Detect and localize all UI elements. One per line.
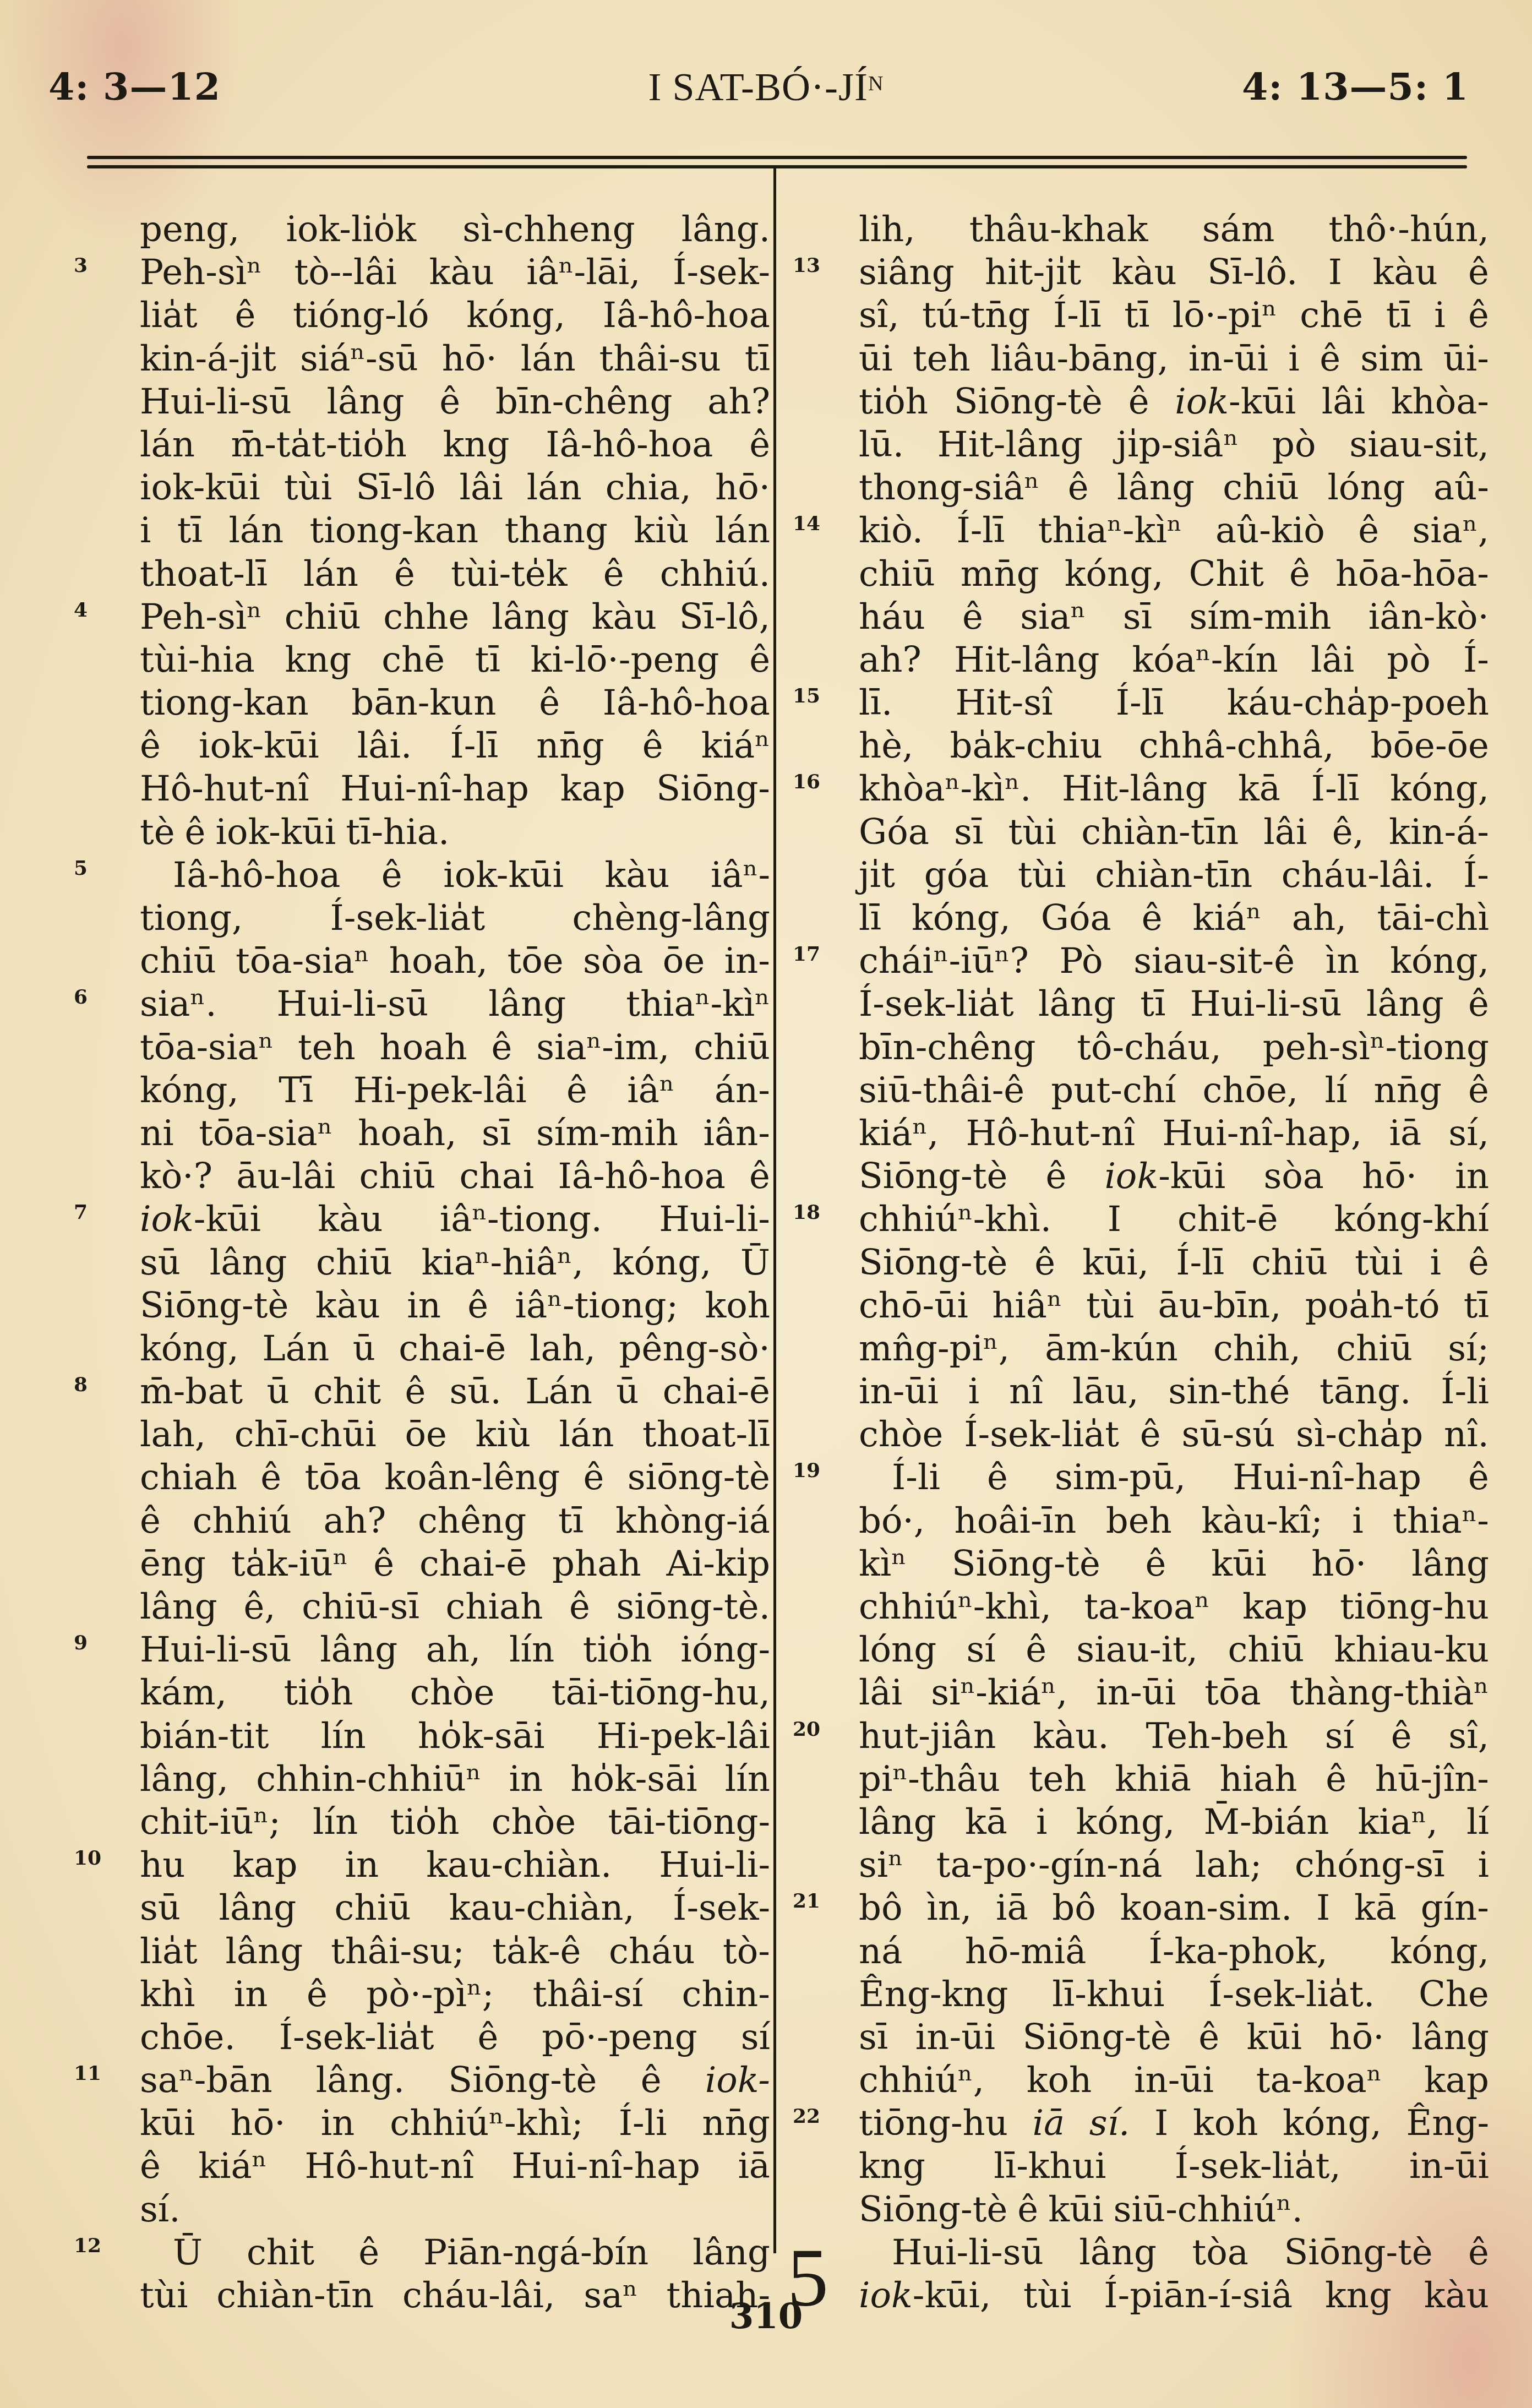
text-line: 3Peh-sìⁿtò--lâikàuiâⁿ-lāi,Í-sek- bbox=[140, 251, 770, 294]
text-line: chhiúⁿ-khì,ta-koaⁿkaptiōng-hu bbox=[859, 1586, 1489, 1628]
word: tè bbox=[140, 811, 175, 854]
word: kàu bbox=[318, 1198, 383, 1241]
header-rule-top bbox=[87, 156, 1467, 159]
word: káu-cha̍p-poeh bbox=[1227, 682, 1489, 724]
word: mn̄g bbox=[961, 553, 1039, 596]
word: phah bbox=[552, 1543, 641, 1586]
word: tiong, bbox=[140, 897, 243, 940]
text-line: sūlângchiūkau-chiàn,Í-sek- bbox=[140, 1887, 770, 1930]
word: chai-ē bbox=[663, 1370, 770, 1413]
word: Teh-beh bbox=[1146, 1715, 1288, 1758]
word: siaⁿ-im, bbox=[536, 1026, 669, 1069]
word: Í-sek-lia̍t, bbox=[1175, 2145, 1341, 2188]
word: hu bbox=[140, 1844, 185, 1887]
text-line: peng,iok-lio̍ksì-chhenglâng. bbox=[140, 208, 770, 251]
word: sí. bbox=[140, 2188, 181, 2231]
word: lâng bbox=[1038, 983, 1116, 1026]
word: Siōng- bbox=[656, 767, 770, 810]
word: chai-ē bbox=[419, 1543, 527, 1586]
word: chiū-sī bbox=[302, 1586, 419, 1628]
word: Góa bbox=[859, 811, 929, 854]
word: tōa bbox=[305, 1456, 361, 1499]
word: Iâ-hô-hoa bbox=[558, 1155, 726, 1198]
text-line: lia̍tlângthâi-su;ta̍k-êcháutò- bbox=[140, 1930, 770, 1973]
word: Siōng-tè bbox=[859, 2188, 1007, 2231]
word: kàu-kî; bbox=[1201, 1500, 1323, 1543]
word: Hô-hut-nî bbox=[966, 1112, 1135, 1155]
word: i bbox=[1352, 1500, 1363, 1543]
word: ê bbox=[641, 2059, 662, 2102]
text-line: chòeÍ-sek-lia̍têsū-súsì-cha̍pnî. bbox=[859, 1413, 1489, 1456]
word: tùi bbox=[1086, 1284, 1134, 1327]
word: thiaⁿ- bbox=[1393, 1500, 1489, 1543]
word: tī bbox=[558, 1500, 584, 1543]
word: Í-lī bbox=[1311, 767, 1360, 810]
word: I bbox=[1316, 1887, 1330, 1930]
word: Í-lī bbox=[450, 724, 498, 767]
word: siⁿ bbox=[859, 1844, 903, 1887]
text-line: Góasītùichiàn-tīnlâiê,kin-á- bbox=[859, 811, 1489, 854]
word: chiàn-tīn bbox=[1081, 811, 1239, 854]
word: lâng bbox=[210, 1241, 287, 1284]
text-line: 4Peh-sìⁿchiūchhelângkàuSī-lô, bbox=[140, 596, 770, 639]
word: ê bbox=[439, 380, 460, 423]
word: ê bbox=[1320, 337, 1340, 380]
word: tī bbox=[1464, 1284, 1489, 1327]
text-line: khìinêpò·-pìⁿ;thâi-síchin- bbox=[140, 1973, 770, 2016]
word: koan-sim. bbox=[1120, 1887, 1293, 1930]
word: lī bbox=[859, 897, 881, 940]
page-number: 310 bbox=[0, 2296, 1532, 2337]
word: thoat-lī bbox=[140, 553, 268, 596]
word: ōe bbox=[663, 940, 705, 983]
word: khòaⁿ-kìⁿ. bbox=[859, 767, 1031, 810]
text-line: thoat-līlánêtùi-te̍kêchhiú. bbox=[140, 553, 770, 596]
text-line: kò·?āu-lâichiūchaiIâ-hô-hoaê bbox=[140, 1155, 770, 1198]
word: sî, bbox=[1448, 1715, 1489, 1758]
word: hiâⁿ bbox=[992, 1284, 1062, 1327]
word: i bbox=[1288, 337, 1299, 380]
word: tio̍h bbox=[583, 1628, 652, 1671]
text-line: 6siaⁿ.Hui-li-sūlângthiaⁿ-kìⁿ bbox=[140, 983, 770, 1026]
word: ta̍k-iūⁿ bbox=[231, 1543, 348, 1586]
word: kiò. bbox=[859, 509, 923, 552]
word: tùi-te̍k bbox=[451, 553, 567, 596]
word: lâng bbox=[492, 596, 569, 639]
text-line: chōe.Í-sek-lia̍têpō·-pengsí bbox=[140, 2016, 770, 2059]
word: koh bbox=[1193, 2102, 1258, 2145]
word: chiah bbox=[140, 1456, 237, 1499]
word: Í-sek-lia̍t bbox=[279, 2016, 434, 2059]
word: lán bbox=[521, 337, 576, 380]
word: ho̍k-sāi bbox=[418, 1715, 545, 1758]
word: tāi-tiōng-hu, bbox=[552, 1671, 770, 1714]
word: kóng, bbox=[1390, 767, 1489, 810]
word: kìⁿ bbox=[859, 1543, 907, 1586]
word: ê bbox=[1468, 2231, 1489, 2274]
word: peh-sìⁿ-tiong bbox=[1263, 1026, 1489, 1069]
word: ìn bbox=[1326, 940, 1360, 983]
word: tùi bbox=[1018, 854, 1066, 897]
word: ê bbox=[373, 1543, 394, 1586]
word: Í- bbox=[1463, 854, 1489, 897]
word: iok-kūi bbox=[140, 1198, 261, 1241]
word: Í-lī bbox=[1176, 1241, 1224, 1284]
word: Hui-li-sū bbox=[277, 983, 429, 1026]
word: lóng bbox=[1327, 466, 1405, 509]
word: ah? bbox=[324, 1500, 386, 1543]
word: thiaⁿ-kìⁿ bbox=[626, 983, 770, 1026]
word: Í-sek-lia̍t bbox=[964, 1413, 1119, 1456]
word: ê bbox=[1068, 466, 1089, 509]
word: chòe bbox=[410, 1671, 494, 1714]
word: ho̍k-sāi bbox=[570, 1758, 697, 1801]
word: iok-kūi bbox=[1104, 1155, 1225, 1198]
text-line: Siōng-tèêkūisiū-chhiúⁿ. bbox=[859, 2188, 1489, 2231]
word: Hui-nî-hap bbox=[340, 767, 529, 810]
word: ê bbox=[1017, 2188, 1038, 2231]
text-line: Siōng-tèêkūi,Í-līchiūtùiiê bbox=[859, 1241, 1489, 1284]
text-line: lánm̄-ta̍t-tio̍hkngIâ-hô-hoaê bbox=[140, 423, 770, 466]
word: kiù bbox=[475, 1413, 530, 1456]
text-line: lia̍têtióng-lókóng,Iâ-hô-hoa bbox=[140, 294, 770, 337]
word: lâng bbox=[225, 1930, 303, 1973]
text-line: sīin-ūiSiōng-tèêkūihō·lâng bbox=[859, 2016, 1489, 2059]
word: kàu bbox=[315, 1284, 380, 1327]
word: I bbox=[1154, 2102, 1168, 2145]
word: iā bbox=[1389, 1112, 1422, 1155]
word: Iâ-hô-hoa bbox=[603, 682, 770, 724]
word: ê bbox=[566, 1069, 587, 1112]
column-divider bbox=[773, 167, 776, 2253]
word: bô bbox=[859, 1887, 903, 1930]
word: ê bbox=[583, 1456, 604, 1499]
word: ê bbox=[749, 639, 770, 682]
word: bô bbox=[1052, 1887, 1096, 1930]
word: chiah bbox=[445, 1586, 543, 1628]
word: thoat-lī bbox=[642, 1413, 770, 1456]
word: pêng-sò· bbox=[619, 1327, 770, 1370]
word: ū bbox=[353, 1327, 375, 1370]
word: chhiú. bbox=[660, 553, 770, 596]
word: saⁿ-bān bbox=[140, 2059, 272, 2102]
word: nn̄g bbox=[702, 2102, 770, 2145]
word: kau-chiàn. bbox=[426, 1844, 612, 1887]
word: ê bbox=[749, 423, 770, 466]
word: cháiⁿ-iūⁿ? bbox=[859, 940, 1029, 983]
word: iok-kūi bbox=[1175, 380, 1296, 423]
word: ah? bbox=[859, 639, 922, 682]
text-line: kin-á-ji̍tsiáⁿ-sūhō·lánthâi-sutī bbox=[140, 337, 770, 380]
text-line: 5Iâ-hô-hoaêiok-kūikàuiâⁿ- bbox=[140, 854, 770, 897]
word: bīn-chêng bbox=[859, 1026, 1035, 1069]
word: hōa-hōa- bbox=[1335, 553, 1489, 596]
word: Ū bbox=[740, 1241, 770, 1284]
word: Siōng-tè bbox=[954, 380, 1103, 423]
word: thiaⁿ-kìⁿ bbox=[1038, 509, 1182, 552]
word: chit-ē bbox=[1177, 1198, 1278, 1241]
word: hō· bbox=[231, 2102, 286, 2145]
word: chhiúⁿ, bbox=[859, 2059, 984, 2102]
word: ū bbox=[266, 1370, 289, 1413]
word: ê bbox=[1198, 2016, 1219, 2059]
word: Lán bbox=[525, 1370, 592, 1413]
word: ê bbox=[1045, 1155, 1066, 1198]
word: Í-ka-phok, bbox=[1149, 1930, 1328, 1973]
word: chiū bbox=[694, 1026, 770, 1069]
word: ê bbox=[1289, 553, 1310, 596]
word: ê bbox=[987, 1456, 1008, 1499]
word: lī-khui bbox=[994, 2145, 1106, 2188]
word: kàu bbox=[604, 854, 669, 897]
word: chòe bbox=[859, 1413, 943, 1456]
word: thâi-su; bbox=[331, 1930, 465, 1973]
word: Hit-lâng bbox=[954, 639, 1099, 682]
text-line: sí. bbox=[140, 2188, 770, 2231]
word: sī bbox=[859, 2016, 888, 2059]
word: chin- bbox=[682, 1973, 770, 2016]
word: ê bbox=[307, 1973, 328, 2016]
word: chhiú bbox=[193, 1500, 292, 1543]
text-line: Hô-hut-nîHui-nî-hapkapSiōng- bbox=[140, 767, 770, 810]
word: kūi bbox=[1247, 2016, 1302, 2059]
word: sòa bbox=[1263, 1155, 1324, 1198]
word: i bbox=[1430, 1241, 1441, 1284]
word: ji̍t bbox=[859, 854, 895, 897]
text-line: 22tiōng-huiāsí.Ikohkóng,Êng- bbox=[859, 2102, 1489, 2145]
word: siau-sit-ê bbox=[1133, 940, 1295, 983]
word: ê bbox=[569, 1586, 590, 1628]
word: koh bbox=[1027, 2059, 1092, 2102]
text-line: 11saⁿ-bānlâng.Siōng-tèêiok- bbox=[140, 2059, 770, 2102]
word: Piān-ngá-bín bbox=[423, 2231, 648, 2274]
word: m̄-bat bbox=[140, 1370, 243, 1413]
word: chai bbox=[460, 1155, 535, 1198]
word: lâng bbox=[1366, 983, 1444, 1026]
word: chit bbox=[313, 1370, 381, 1413]
word: ê bbox=[1140, 1413, 1161, 1456]
word: Sī-lô bbox=[356, 466, 435, 509]
word: tī bbox=[475, 639, 500, 682]
word: i bbox=[968, 1370, 979, 1413]
word: kóaⁿ-kín bbox=[1132, 639, 1278, 682]
word: Hi-pek-lâi bbox=[597, 1715, 770, 1758]
text-line: 9Hui-li-sūlângah,líntio̍hióng- bbox=[140, 1628, 770, 1671]
word: chiàn-tīn bbox=[1095, 854, 1252, 897]
word: chiū bbox=[359, 1155, 436, 1198]
word: kiáⁿ, bbox=[859, 1112, 939, 1155]
word: Hui-nî-hap, bbox=[1162, 1112, 1362, 1155]
word: koân-lêng bbox=[384, 1456, 560, 1499]
word: hiah bbox=[1219, 1758, 1297, 1801]
word: sī bbox=[1123, 596, 1152, 639]
word: Góa bbox=[1041, 897, 1111, 940]
word: Ai-kı̍p bbox=[666, 1543, 770, 1586]
text-line: sî,tú-tn̄gÍ-lītīlō·-piⁿchētīiê bbox=[859, 294, 1489, 337]
word: lâng, bbox=[140, 1758, 228, 1801]
word: tiong-kan bbox=[140, 682, 309, 724]
word: Pò bbox=[1059, 940, 1103, 983]
word: kò·? bbox=[140, 1155, 212, 1198]
text-line: Siōng-tèkàuinêiâⁿ-tiong;koh bbox=[140, 1284, 770, 1327]
verse-number: 16 bbox=[793, 771, 842, 793]
text-line: kóng,Lánūchai-ēlah,pêng-sò· bbox=[140, 1327, 770, 1370]
text-line: kìⁿSiōng-tèêkūihō·lâng bbox=[859, 1543, 1489, 1586]
word: i bbox=[1036, 1801, 1047, 1844]
text-line: êkiáⁿHô-hut-nîHui-nî-hapiā bbox=[140, 2145, 770, 2188]
word: tī bbox=[745, 337, 770, 380]
word: iok-kūi bbox=[215, 811, 336, 854]
word: in-ūi bbox=[1409, 2145, 1489, 2188]
word: ki-lō·-peng bbox=[531, 639, 719, 682]
word: Siōng-tè bbox=[448, 2059, 597, 2102]
text-line: 10hukapinkau-chiàn.Hui-li- bbox=[140, 1844, 770, 1887]
word: ah, bbox=[426, 1628, 481, 1671]
word: hō· bbox=[715, 466, 770, 509]
word: khiā bbox=[1115, 1758, 1191, 1801]
text-line: bián-titlínho̍k-sāiHi-pek-lâi bbox=[140, 1715, 770, 1758]
word: kóng, bbox=[912, 897, 1011, 940]
word: āu-lâi bbox=[236, 1155, 335, 1198]
verse-number: 19 bbox=[793, 1459, 842, 1481]
text-line: 8m̄-batūchitêsū.Lánūchai-ē bbox=[140, 1370, 770, 1413]
text-line: kiáⁿ,Hô-hut-nîHui-nî-hap,iāsí, bbox=[859, 1112, 1489, 1155]
text-line: chō-ūihiâⁿtùiāu-bīn,poa̍h-tótī bbox=[859, 1284, 1489, 1327]
word: ê bbox=[962, 596, 983, 639]
word: lâng. bbox=[682, 208, 770, 251]
word: Siōng-tè bbox=[859, 1155, 1007, 1198]
word: kūi bbox=[1048, 2188, 1103, 2231]
word: kàu bbox=[1373, 251, 1438, 294]
text-line: 19Í-liêsim-pū,Hui-nî-hapê bbox=[859, 1456, 1489, 1499]
word: hō· bbox=[1311, 1543, 1366, 1586]
word: kám, bbox=[140, 1671, 227, 1714]
word: iâⁿ-lāi, bbox=[526, 251, 640, 294]
word: sí, bbox=[1448, 1112, 1489, 1155]
word: chhâ-chhâ, bbox=[1139, 724, 1334, 767]
word: lâng bbox=[320, 1628, 397, 1671]
word: lī-khui bbox=[1052, 1973, 1164, 2016]
word: sím-mih bbox=[536, 1112, 678, 1155]
word: kap bbox=[560, 767, 625, 810]
word: khòa- bbox=[1391, 380, 1489, 423]
word: iâⁿ-tiong. bbox=[440, 1198, 602, 1241]
word: ê bbox=[140, 2145, 161, 2188]
text-line: siⁿta-po·-gín-nálah;chóng-sīi bbox=[859, 1844, 1489, 1887]
word: ê bbox=[140, 724, 161, 767]
word: hō-miâ bbox=[965, 1930, 1087, 1973]
word: Lán bbox=[262, 1327, 329, 1370]
word: ah? bbox=[707, 380, 770, 423]
word: in-ūi bbox=[1134, 2059, 1214, 2102]
word: siâng bbox=[859, 251, 955, 294]
word: lâi bbox=[1322, 380, 1365, 423]
word: Siōng-tè bbox=[859, 1241, 1007, 1284]
text-line: nitōa-siaⁿhoah,sīsím-mihiân- bbox=[140, 1112, 770, 1155]
text-line: tiong-kanbān-kunêIâ-hô-hoa bbox=[140, 682, 770, 724]
word: kiaⁿ, bbox=[1358, 1801, 1438, 1844]
word: in bbox=[1455, 1155, 1489, 1198]
verse-number: 11 bbox=[74, 2062, 123, 2084]
text-line: 18chhiúⁿ-khì.Ichit-ēkóng-khí bbox=[859, 1198, 1489, 1241]
word: ta̍k-ê bbox=[492, 1930, 581, 1973]
text-line: in-ūiinîlāu,sin-thétāng.Í-li bbox=[859, 1370, 1489, 1413]
word: tio̍h bbox=[283, 1671, 353, 1714]
word: in bbox=[345, 1844, 379, 1887]
word: iok-kūi bbox=[140, 466, 260, 509]
word: Tī bbox=[279, 1069, 313, 1112]
text-line: ūitehliâu-bāng,in-ūiiêsimūi- bbox=[859, 337, 1489, 380]
text-line: Í-sek-lia̍tlângtīHui-li-sūlângê bbox=[859, 983, 1489, 1026]
word: kā bbox=[1238, 767, 1280, 810]
text-line: chit-iūⁿ;líntio̍hchòetāi-tiōng- bbox=[140, 1801, 770, 1844]
verse-number: 20 bbox=[793, 1718, 842, 1740]
text-line: bīn-chêngtô-cháu,peh-sìⁿ-tiong bbox=[859, 1026, 1489, 1069]
word: lia̍t bbox=[140, 1930, 198, 1973]
text-line: lah,chī-chūiōekiùlánthoat-lī bbox=[140, 1413, 770, 1456]
word: Siōng-tè bbox=[140, 1284, 288, 1327]
word: sí; bbox=[1448, 1327, 1489, 1370]
word: hè, bbox=[859, 724, 913, 767]
word: poa̍h-tó bbox=[1305, 1284, 1440, 1327]
word: bó·, bbox=[859, 1500, 925, 1543]
word: thâi-sí bbox=[533, 1973, 644, 2016]
word: iân- bbox=[703, 1112, 770, 1155]
word: hit-ji̍t bbox=[985, 251, 1081, 294]
word: ê bbox=[260, 1456, 281, 1499]
word: mn̂g-piⁿ, bbox=[859, 1327, 1010, 1370]
word: ê, bbox=[1332, 811, 1364, 854]
word: Í-sek-lia̍t bbox=[859, 983, 1014, 1026]
word: chiū bbox=[1251, 1241, 1328, 1284]
word: i bbox=[1434, 294, 1445, 337]
right-column: lih,thâu-khaksámthô·-hún,13siânghit-ji̍t… bbox=[859, 208, 1489, 2317]
word: thâi-su bbox=[599, 337, 721, 380]
word: chiū bbox=[1228, 1628, 1304, 1671]
word: tī bbox=[1124, 294, 1149, 337]
word: nî. bbox=[1444, 1413, 1489, 1456]
word: ta-po·-gín-ná bbox=[936, 1844, 1163, 1887]
word: sū bbox=[140, 1887, 181, 1930]
word: chiū bbox=[285, 596, 361, 639]
word: ê bbox=[1142, 897, 1163, 940]
text-line: Siōng-tèêiok-kūisòahō·in bbox=[859, 1155, 1489, 1198]
word: tāi-chì bbox=[1377, 897, 1489, 940]
word: iā bbox=[738, 2145, 770, 2188]
word: chhin-chhiūⁿ bbox=[256, 1758, 481, 1801]
word: tī bbox=[177, 509, 203, 552]
word: kiù bbox=[634, 509, 689, 552]
word: sim-pū, bbox=[1055, 1456, 1186, 1499]
word: hō· bbox=[1362, 1155, 1417, 1198]
word: Hit-sî bbox=[956, 682, 1053, 724]
text-line: 16khòaⁿ-kìⁿ.Hit-lângkāÍ-līkóng, bbox=[859, 767, 1489, 810]
word: tò--lâi bbox=[294, 251, 397, 294]
word: put-chí bbox=[1051, 1069, 1176, 1112]
word: tú-tn̄g bbox=[922, 294, 1030, 337]
text-line: tùi-hiakngchētīki-lō·-pengê bbox=[140, 639, 770, 682]
word: sí bbox=[1325, 1715, 1354, 1758]
text-line: knglī-khuiÍ-sek-lia̍t,in-ūi bbox=[859, 2145, 1489, 2188]
word: siaⁿ. bbox=[140, 983, 217, 1026]
word: siōng-tè bbox=[628, 1456, 770, 1499]
word: kiaⁿ-hiâⁿ, bbox=[421, 1241, 584, 1284]
verse-number: 6 bbox=[74, 986, 123, 1008]
word: Í-lī bbox=[1116, 682, 1164, 724]
word: chōe. bbox=[140, 2016, 236, 2059]
word: chiū bbox=[316, 1241, 392, 1284]
word: teh bbox=[1029, 1758, 1087, 1801]
